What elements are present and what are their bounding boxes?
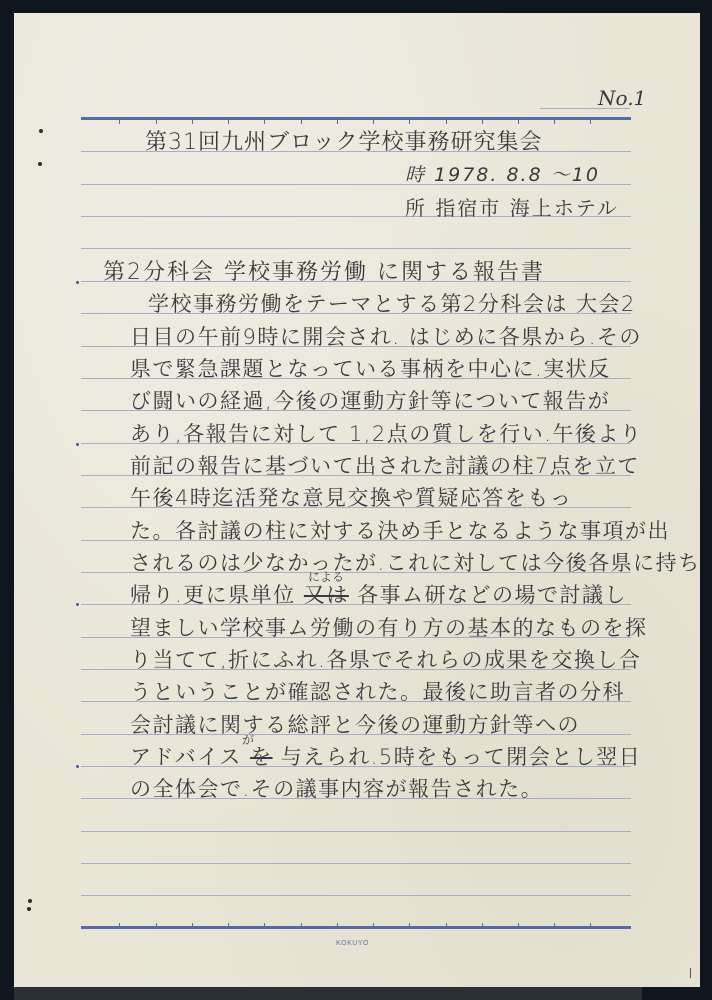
binder-hole [38,162,42,166]
rule-tick [409,923,410,927]
rule-tick [192,923,193,927]
rule-tick [228,923,229,927]
body-line-with-correction: 帰り.更に県単位 又は 各事ム研などの場で討議し [130,579,627,609]
document-title: 第31回九州ブロック学校事務研究集会 [145,125,543,156]
body-text: 帰り.更に県単位 [130,583,296,607]
rule-tick [301,120,302,124]
margin-dot [76,443,79,446]
binder-hole [28,899,32,903]
date-line: 時 1978. 8.8 〜10 [405,160,600,187]
scan-edge [14,987,642,1000]
report-heading: 第2分科会 学校事務労働 に関する報告書 [103,255,545,286]
rule-tick [446,923,447,927]
body-text: 各事ム研などの場で討議し [357,583,627,607]
ruled-line [81,831,631,832]
rule-tick [373,923,374,927]
rule-tick [337,120,338,124]
body-line: た。各討議の柱に対する決め手となるような事項が出 [130,515,670,545]
body-line: 会討議に関する総評と今後の運動方針等への [130,709,580,739]
rule-tick [554,120,555,124]
body-line-with-correction: アドバイス を 与えられ.5時をもって閉会とし翌日 [130,741,641,771]
body-line: 午後4時迄活発な意見交換や質疑応答をもっ [130,482,572,512]
body-text: 与えられ.5時をもって閉会とし翌日 [281,745,642,769]
rule-tick [119,120,120,124]
body-line: うということが確認された。最後に助言者の分科 [130,676,625,706]
rule-tick [446,120,447,124]
rule-tick [482,923,483,927]
body-line: 望ましい学校事ム労働の有り方の基本的なものを探 [130,612,648,642]
footer-brand: KOKUYO [336,940,369,947]
body-line: び闘いの経過,今後の運動方針等について報告が [130,385,610,415]
top-rule [81,117,631,120]
body-line: されるのは少なかったが.これに対しては今後各県に持ち [130,547,701,577]
rule-tick [337,923,338,927]
rule-tick [301,923,302,927]
rule-tick [119,923,120,927]
rule-tick [554,923,555,927]
rule-tick [518,120,519,124]
rule-tick [409,120,410,124]
rule-tick [518,923,519,927]
body-line: 前記の報告に基づいて出された討議の柱7点を立て [130,450,640,480]
body-line: 学校事務労働をテーマとする第2分科会は 大会2 [148,288,636,318]
page-number: No.1 [598,86,646,110]
rule-tick [482,120,483,124]
body-line: あり,各報告に対して 1,2点の質しを行い.午後より [130,418,642,448]
ruled-line [81,863,631,864]
binder-hole [27,907,31,911]
binder-hole [39,129,43,133]
inserted-correction: が [242,731,254,748]
inserted-correction: による [308,568,344,585]
rule-tick [228,120,229,124]
margin-dot [76,603,79,606]
margin-dot [76,281,79,284]
body-line: り当てて,折にふれ.各県でそれらの成果を交換し合 [130,644,641,674]
struck-text: 又は [304,583,349,607]
body-line: 県で緊急課題となっている事柄を中心に.実状反 [130,353,611,383]
rule-tick [192,120,193,124]
bottom-rule [81,926,631,929]
body-line: 日目の午前9時に開会され. はじめに各県から.その [130,321,642,351]
body-text: アドバイス [130,745,242,769]
rule-tick [590,923,591,927]
rule-tick [156,120,157,124]
corner-mark [690,968,691,978]
body-line: の全体会で.その議事内容が報告された。 [130,773,543,803]
rule-tick [264,120,265,124]
place-line: 所 指宿市 海上ホテル [405,192,619,221]
ruled-line [81,248,631,249]
rule-tick [590,120,591,124]
rule-tick [264,923,265,927]
ruled-line [81,895,631,896]
struck-text: を [250,745,273,769]
rule-tick [373,120,374,124]
margin-dot [76,765,79,768]
rule-tick [156,923,157,927]
